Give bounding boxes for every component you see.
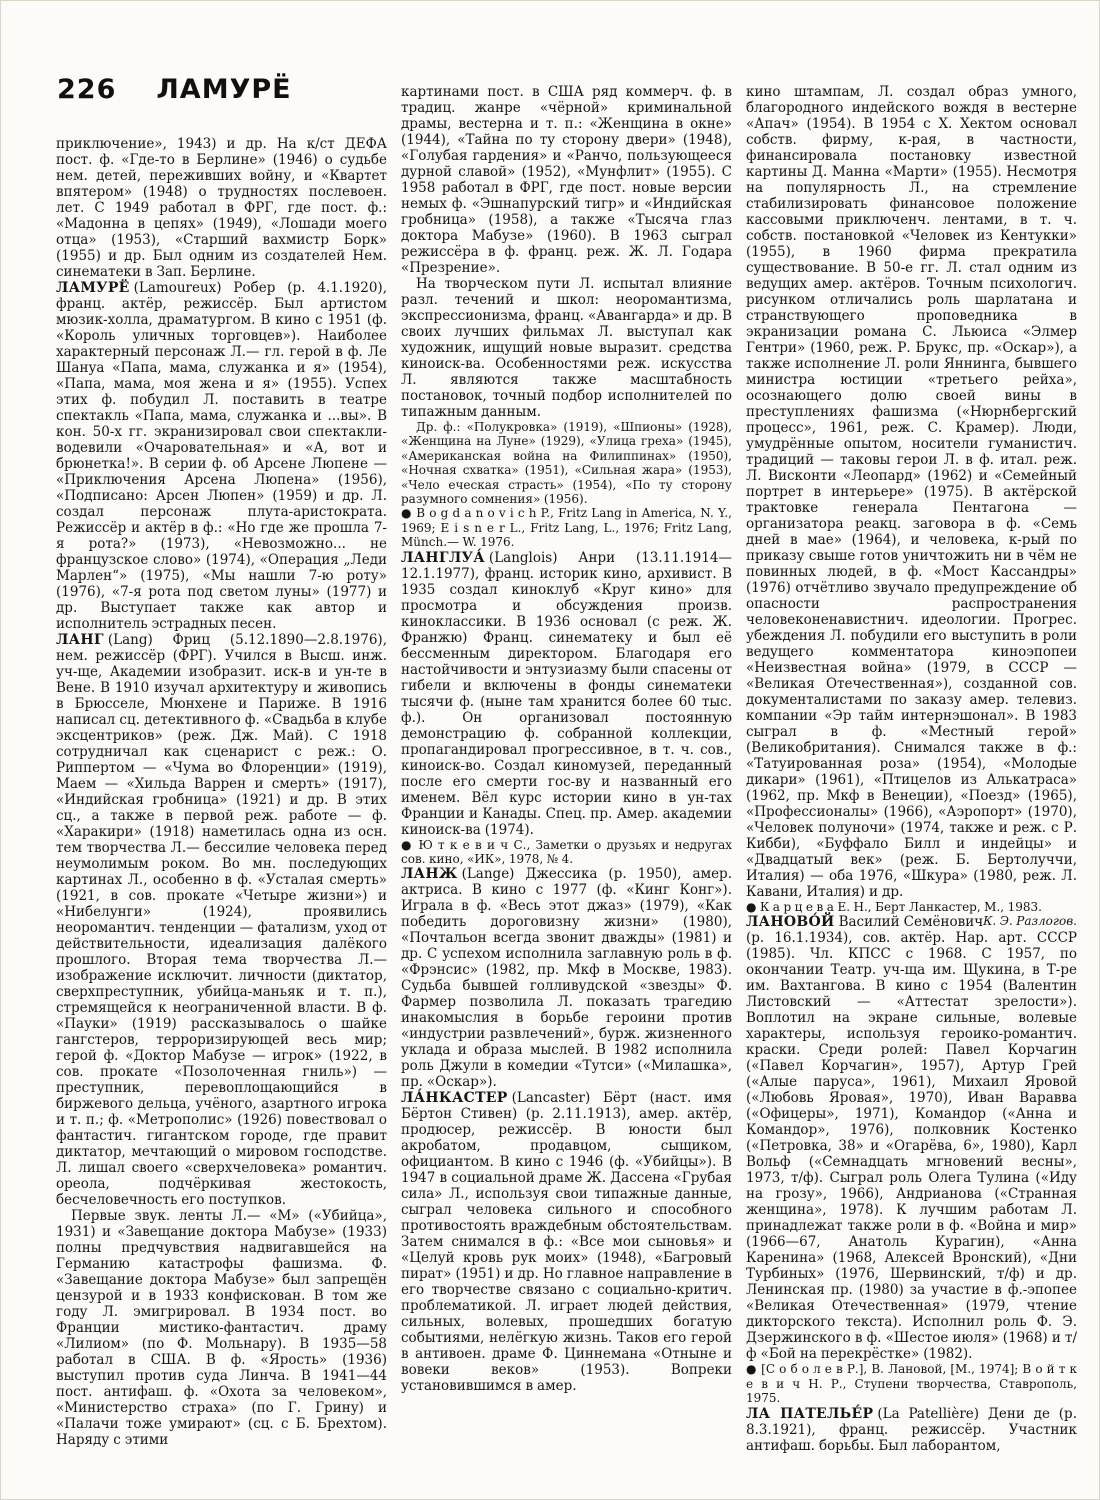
headword-la-patelliere: ЛА ПАТЕЛЬЕ́Р: [746, 1406, 873, 1422]
bibliography-lang: ● B o g d a n o v i c h P., Fritz Lang i…: [401, 506, 732, 549]
headword-lang: ЛАНГ: [56, 632, 104, 648]
continuation-paragraph: кино штампам, Л. создал образ умного, бл…: [746, 84, 1077, 900]
entry-lang: ЛАНГ(Lang) Фриц (5.12.1890—2.8.1976), не…: [56, 632, 387, 1208]
continuation-paragraph: картинами пост. в США ряд коммерч. ф. в …: [401, 84, 732, 276]
text-columns: приключение», 1943) и др. На к/ст ДЕФА п…: [56, 84, 1077, 1454]
headword-langlois: ЛАНГЛУА́: [401, 550, 485, 566]
headword-lange: ЛАНЖ: [401, 866, 458, 882]
entry-lange: ЛАНЖ(Lange) Джессика (р. 1950), амер. ак…: [401, 866, 732, 1090]
paragraph-lang-creative-path: На творческом пути Л. испытал влияние ра…: [401, 276, 732, 420]
bibliography-lanovoy: ● [С о б о л е в Р.], В. Лановой, [М., 1…: [746, 1362, 1077, 1405]
entry-la-patelliere: ЛА ПАТЕЛЬЕ́Р(La Patellière) Дени де (р. …: [746, 1406, 1077, 1454]
column-2: картинами пост. в США ряд коммерч. ф. в …: [401, 84, 732, 1454]
entry-langlois: ЛАНГЛУА́(Langlois) Анри (13.11.1914—12.1…: [401, 550, 732, 838]
bibliography-langlois: ● Ю т к е в и ч С., Заметки о друзьях и …: [401, 838, 732, 867]
author-signature: К. Э. Разлогов.: [983, 914, 1077, 928]
bibliography-lancaster: ● К а р ц е в а Е. Н., Берт Ланкастер, М…: [746, 900, 1077, 914]
continuation-paragraph: приключение», 1943) и др. На к/ст ДЕФА п…: [56, 136, 387, 280]
column-3: кино штампам, Л. создал образ умного, бл…: [746, 84, 1077, 1454]
entry-lanovoy: ЛАНОВО́ЙВасилий Семёнович (р. 16.1.1934)…: [746, 914, 1077, 1362]
entry-lancaster: ЛА́НКАСТЕР(Lancaster) Бёрт (наст. имя Бё…: [401, 1090, 732, 1394]
headword-lancaster: ЛА́НКАСТЕР: [401, 1090, 508, 1106]
headword-lamoure: ЛАМУРЁ: [56, 280, 130, 296]
column-1: приключение», 1943) и др. На к/ст ДЕФА п…: [56, 84, 387, 1454]
entry-lamoure: ЛАМУРЁ(Lamoureux) Робер (р. 4.1.1920), ф…: [56, 280, 387, 632]
filmography-lang: Др. ф.: «Полукровка» (1919), «Шпионы» (1…: [401, 420, 732, 506]
headword-lanovoy: ЛАНОВО́Й: [746, 914, 835, 930]
paragraph-lang-sound-films: Первые звук. ленты Л.— «М» («Убийца», 19…: [56, 1208, 387, 1448]
encyclopedia-page: 226 ЛАМУРЁ приключение», 1943) и др. На …: [0, 0, 1100, 1500]
